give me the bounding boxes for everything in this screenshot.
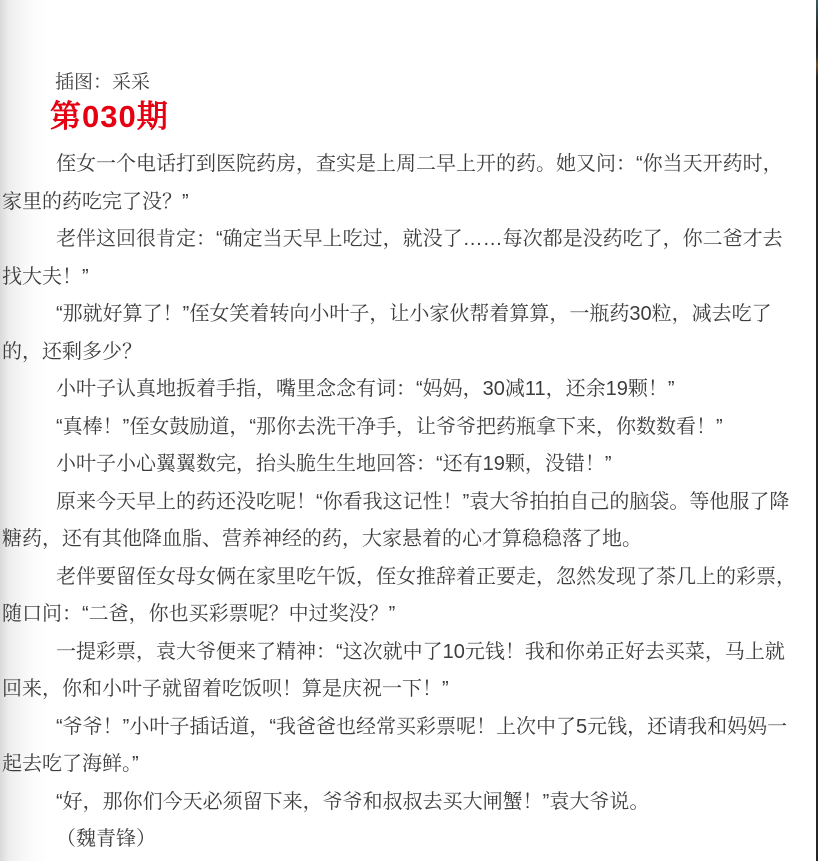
article-body: 侄女一个电话打到医院药房，查实是上周二早上开的药。她又问：“你当天开药时，家里的… — [2, 146, 799, 859]
paragraph: 小叶子小心翼翼数完，抬头脆生生地回答：“还有19颗，没错！” — [2, 446, 799, 484]
paragraph: 小叶子认真地扳着手指，嘴里念念有词：“妈妈，30减11，还余19颗！” — [2, 371, 799, 409]
paragraph: “真棒！”侄女鼓励道，“那你去洗干净手，让爷爷把药瓶拿下来，你数数看！” — [2, 409, 799, 447]
author-credit: （魏青锋） — [2, 821, 799, 859]
paragraph: 老伴这回很肯定：“确定当天早上吃过，就没了……每次都是没药吃了，你二爸才去找大夫… — [2, 221, 799, 296]
paragraph: “那就好算了！”侄女笑着转向小叶子，让小家伙帮着算算，一瓶药30粒，减去吃了的，… — [2, 296, 799, 371]
paragraph: 原来今天早上的药还没吃呢！“你看我这记性！”袁大爷拍拍自己的脑袋。等他服了降糖药… — [2, 484, 799, 559]
document-page: 插图：采采 第030期 侄女一个电话打到医院药房，查实是上周二早上开的药。她又问… — [0, 0, 821, 861]
paragraph: 老伴要留侄女母女俩在家里吃午饭，侄女推辞着正要走，忽然发现了茶几上的彩票，随口问… — [2, 559, 799, 634]
page-right-border — [816, 0, 818, 861]
paragraph: “好，那你们今天必须留下来，爷爷和叔叔去买大闸蟹！”袁大爷说。 — [2, 784, 799, 822]
paragraph: 侄女一个电话打到医院药房，查实是上周二早上开的药。她又问：“你当天开药时，家里的… — [2, 146, 799, 221]
paragraph: 一提彩票，袁大爷便来了精神：“这次就中了10元钱！我和你弟正好去买菜，马上就回来… — [2, 634, 799, 709]
issue-title: 第030期 — [50, 97, 169, 137]
paragraph: “爷爷！”小叶子插话道，“我爸爸也经常买彩票呢！上次中了5元钱，还请我和妈妈一起… — [2, 709, 799, 784]
illustration-credit: 插图：采采 — [55, 71, 150, 95]
